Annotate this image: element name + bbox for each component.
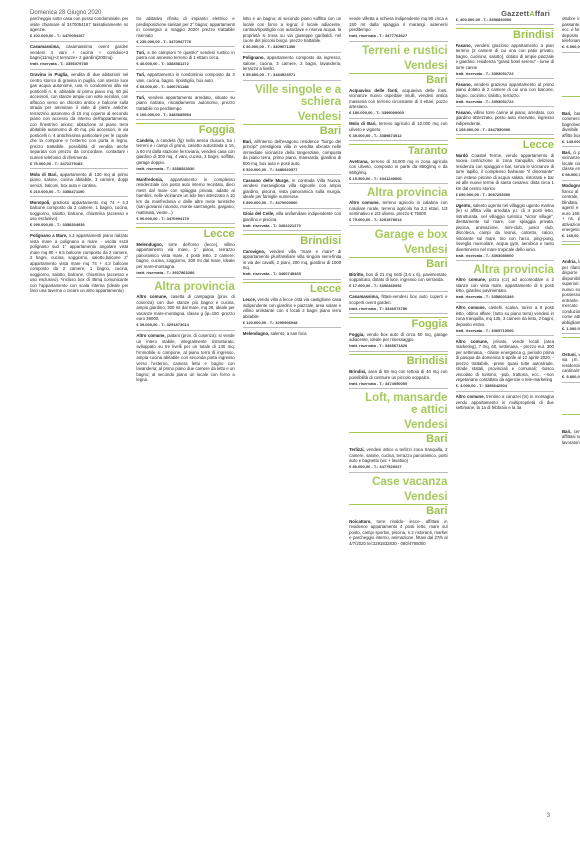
listing-body: a tre campioni "e quattro" vendesi rusti… bbox=[136, 50, 234, 61]
listing-price-phone: tratt. riservata - T.: 3402221270 bbox=[243, 222, 341, 231]
listing-price-phone: tratt. riservata - T.: 3346073780 bbox=[349, 305, 447, 314]
listing-body: vendita di due abitazioni nel centro sto… bbox=[30, 72, 128, 160]
city-heading: Brindisi bbox=[243, 234, 341, 247]
listing-location: Gravina in Puglia, bbox=[30, 72, 69, 77]
listing-location: Mola di Bari, bbox=[30, 172, 58, 177]
listing-text: Casamassima, casamassima ovent garden ve… bbox=[30, 44, 128, 61]
listing-price-phone: €. 400.000,00 - T.: 3356840000 bbox=[456, 16, 554, 25]
section-heading: Appartamenti bbox=[562, 386, 580, 398]
section-heading: Altra provincia bbox=[136, 281, 234, 293]
listing-text: Terlizzi, vendesi attico a terlizzi zona… bbox=[349, 447, 447, 464]
listing-text: Turi, vendesi appartamento arredato, sit… bbox=[136, 95, 234, 112]
classifieds-columns: parcheggio sotto casa con posso condomin… bbox=[30, 16, 552, 816]
listing-body: privato, vende locali (area marketing), … bbox=[456, 339, 554, 383]
listing-price-phone: tratt. riservata - T.: 3393051722 bbox=[456, 98, 554, 107]
listing-body: parcheggio sotto casa con posso condomin… bbox=[30, 16, 128, 32]
listing-price-phone: € 39.000,00 - T.: 3291873014 bbox=[136, 322, 234, 331]
listing: Gioia del Colle, villa unifamiliare indi… bbox=[243, 211, 341, 231]
listing-location: Fasano, bbox=[456, 43, 472, 48]
column-3: lotto e un bagno; al secondo piano soffi… bbox=[243, 16, 341, 816]
listing-price-phone: tratt. riservata - T.: 3358523030 bbox=[136, 165, 234, 174]
listing: Nardò Coastal Terme, vendo appartamento … bbox=[456, 153, 554, 201]
section-heading: Altra provincia bbox=[349, 187, 447, 199]
listing-location: Ostuni, bbox=[562, 352, 577, 357]
listing-price-phone: € 690.000,00 - T.: 3087253000 bbox=[456, 191, 554, 200]
listing-location: Mola di Bari, bbox=[349, 121, 376, 126]
listing-text: Fasano, vendesi grazioso appartamento al… bbox=[456, 82, 554, 99]
listing: Casamassima, casamassima ovent garden ve… bbox=[30, 44, 128, 70]
section-heading: Terreni e rustici bbox=[349, 45, 447, 57]
listing: Ugento, salento ugento nel villaggio uge… bbox=[456, 203, 554, 262]
section-title: Vendesi bbox=[349, 244, 447, 256]
listing-text: Altro comune, pizzo (cz) ad accomodare a… bbox=[456, 277, 554, 294]
city-heading: Foggia bbox=[136, 123, 234, 136]
listing-location: Altro comune, bbox=[136, 333, 165, 338]
listing-body: salento ugento nel villaggio ugento mari… bbox=[456, 203, 554, 252]
listing-body: salento, a san foca bbox=[269, 331, 306, 336]
section-title-line2: commerciali bbox=[562, 68, 580, 80]
listing: Ostuni, vendesi stalla sito nel comune d… bbox=[562, 352, 580, 383]
listing-text: Avetrana, terreno di 16.000 mq in zona a… bbox=[349, 159, 447, 176]
listing-location: Monopoli, bbox=[30, 200, 50, 205]
section-title: Vendesi bbox=[349, 491, 447, 503]
listing-location: Melendugno, bbox=[136, 242, 163, 247]
listing-location: Bitritto, bbox=[349, 272, 364, 277]
listing-price-phone: € 890.000,00 - T.: 3470000000 bbox=[243, 200, 341, 209]
listing-location: Brindisi, bbox=[349, 369, 366, 374]
listing-price-phone: € 55.800,00 - T.: 3484523571 bbox=[243, 72, 341, 81]
listing-text: Gioia del Colle, villa unifamiliare indi… bbox=[243, 211, 341, 222]
listing-text: Polignano a Mare, n.2 appartamenti piano… bbox=[30, 233, 128, 294]
listing-text: Altro comune, castelli, scalea, torino a… bbox=[456, 305, 554, 327]
section-heading: Vendesi bbox=[349, 419, 447, 431]
section-heading: Garage e box bbox=[349, 229, 447, 241]
listing: Fasano, vendesi grazioso appartamento a … bbox=[456, 43, 554, 80]
listing: Fasano, vendesi grazioso appartamento al… bbox=[456, 82, 554, 108]
listing-text: Bari, all'interno dell'esagono residence… bbox=[243, 139, 341, 167]
listing-price-phone: € 100.000,00 - T.: 3483685554 bbox=[136, 111, 234, 120]
section-heading: Vendesi bbox=[349, 491, 447, 503]
listing: Altro comune, trentino a canazei (tn) in… bbox=[456, 394, 554, 411]
section-heading: Vendesi bbox=[349, 244, 447, 256]
listing-body: appartamento in condominio composto da 3… bbox=[136, 72, 234, 83]
listing: ottobre in arreggio, corredato di tv col… bbox=[562, 16, 580, 53]
listing-text: Altro comune, piatani (prov. di cosenza)… bbox=[136, 333, 234, 383]
listing-location: Fasano, bbox=[456, 110, 472, 115]
section-title: Terreni e rustici bbox=[349, 45, 447, 57]
listing: Turi, appartamento in condominio compost… bbox=[136, 72, 234, 92]
city-heading: Lecce bbox=[136, 227, 234, 240]
section-heading: Loft, mansardee attici bbox=[349, 392, 447, 416]
listing-location: Altro comune, bbox=[456, 339, 489, 344]
listing-price-phone: € 120.000,00 - T.: 3290906948 bbox=[243, 319, 341, 328]
listing-location: Altro comune, bbox=[349, 200, 379, 205]
listing: Turi, a tre campioni "e quattro" vendesi… bbox=[136, 50, 234, 70]
section-title: Affitasi bbox=[562, 401, 580, 413]
listing-location: Andria, bbox=[562, 259, 577, 264]
listing: Avetrana, terreno di 16.000 mq in zona a… bbox=[349, 159, 447, 185]
listing-text: Ugento, salento ugento nel villaggio uge… bbox=[456, 203, 554, 253]
listing: Altro comune, castelli, scalea, torino a… bbox=[456, 305, 554, 336]
listing-price-phone: € 90.000,00 - T.: 3470994179 bbox=[136, 215, 234, 224]
section-heading: Case vacanza bbox=[349, 476, 447, 488]
section-heading: Altra provincia bbox=[456, 264, 554, 276]
listing-body: vendesi attico a terlizzi zona tranquill… bbox=[349, 447, 447, 463]
section-title: Vendesi bbox=[562, 83, 580, 95]
city-heading: Bari bbox=[349, 73, 447, 86]
listing-body: lotto e un bagno; al secondo piano soffi… bbox=[243, 16, 341, 43]
column-5: €. 400.000,00 - T.: 3356840000BrindisiFa… bbox=[456, 16, 554, 816]
section-title: Ville singole e a bbox=[243, 84, 341, 96]
listing: Terlizzi, vendesi attico a terlizzi zona… bbox=[349, 447, 447, 473]
section-heading: Affitasi bbox=[562, 401, 580, 413]
listing: Bari, ci propone in vendita un trevenzo,… bbox=[562, 150, 580, 181]
listing-text: Turi, appartamento in condominio compost… bbox=[136, 72, 234, 83]
listing-location: Bari, bbox=[562, 429, 572, 434]
listing-price-phone: € 80.000,00 - T.: 3477520027 bbox=[349, 464, 447, 473]
listing-price-phone: € 75.000,00 - T.: 3291578014 bbox=[349, 217, 447, 226]
section-title: Altra provincia bbox=[136, 281, 234, 293]
listing: Altro comune, casetta di campagna (prov.… bbox=[136, 294, 234, 331]
listing-text: Carovigno, vendesi villa "mare e mare" d… bbox=[243, 249, 341, 271]
listing-location: Foggia, bbox=[349, 332, 364, 337]
listing: Fasano, villino torre canne al piano, ar… bbox=[456, 110, 554, 136]
listing-price-phone: tratt. riservata - T.: 3365710000 bbox=[456, 327, 554, 336]
listing-price-phone: €. 5.800,00 - T.: 3775041821 bbox=[562, 374, 580, 383]
city-heading: Foggia bbox=[349, 317, 447, 330]
section-title-line2: e attici bbox=[349, 404, 447, 416]
listing-price-phone: tratt. riservata - T.: 3465671820 bbox=[349, 343, 447, 352]
city-heading: Bari bbox=[349, 432, 447, 445]
listing: Foggia, vendo box auto di circa 50 mq, g… bbox=[349, 332, 447, 352]
listing-body: vendesi appartamento arredato, situato s… bbox=[136, 95, 234, 111]
listing: Andria, la società i. m. c. s. r. l. cer… bbox=[562, 259, 580, 334]
listing: Melendugno, torre dell'orso (lecce), vil… bbox=[136, 242, 234, 279]
listing: Noicattaro, torre rinaldo- lecce- affitt… bbox=[349, 519, 447, 547]
listing-text: Noicattaro, torre rinaldo- lecce- affitt… bbox=[349, 519, 447, 547]
listing-text: Fasano, vendesi grazioso appartamento a … bbox=[456, 43, 554, 71]
listing-price-phone: €. 140.000,00 - T.: 3358610844 bbox=[562, 138, 580, 147]
section-heading: Vendesi bbox=[349, 60, 447, 72]
listing: parcheggio sotto casa con posso condomin… bbox=[30, 16, 128, 42]
listing-location: Polignano a Mare, bbox=[30, 233, 67, 238]
listing-location: Nardò bbox=[456, 153, 468, 158]
listing-text: Gravina in Puglia, vendita di due abitaz… bbox=[30, 72, 128, 160]
listing-text: Bari, bari via abate gimma 316 vendesi l… bbox=[562, 111, 580, 139]
listing-body: la società i. m. c. s. r. l. cerca nuovo… bbox=[562, 259, 580, 325]
listing-text: Altro comune, casetta di campagna (prov.… bbox=[136, 294, 234, 322]
listing-location: Terlizzi, bbox=[349, 447, 364, 452]
city-heading: Bari bbox=[562, 414, 580, 427]
column-2: tro abitativo rifinito di impianto elett… bbox=[136, 16, 234, 816]
listing-price-phone: tratt. riservata - T.: 3393051722 bbox=[456, 70, 554, 79]
listing: Monopoli, grazioso appartamento mq 74 + … bbox=[30, 200, 128, 231]
listing-price-phone: € 210.000,00 - T.: 3358471190 bbox=[30, 188, 128, 197]
listing-body: modugno, zona piscina viale piscine di f… bbox=[562, 183, 580, 232]
listing-location: Altro comune, bbox=[456, 277, 487, 282]
city-heading: Brindisi bbox=[349, 354, 447, 367]
listing-text: Manfredonia, appartamento in complesso r… bbox=[136, 177, 234, 216]
listing-text: Melendugno, salento, a san foca bbox=[243, 331, 341, 337]
listing-text: Foggia, vendo box auto di circa 50 mq, g… bbox=[349, 332, 447, 343]
listing-location: Modugno, bbox=[562, 183, 580, 188]
city-heading: Bari bbox=[349, 257, 447, 270]
listing-body: piatani (prov. di cosenza): si vende un … bbox=[136, 333, 234, 382]
listing-body: appartamento in complesso residenziale c… bbox=[136, 177, 234, 215]
listing-price-phone: € 75.000,00 - T.: 3472279183 bbox=[30, 160, 128, 169]
listing: Mola di Bari, appartamento di 130 mq al … bbox=[30, 172, 128, 198]
city-heading: Bari bbox=[349, 504, 447, 517]
city-heading: Brindisi bbox=[456, 28, 554, 41]
listing-location: Casamassima, bbox=[30, 44, 60, 49]
listing-text: Altro comune, privato, vende locali (are… bbox=[456, 339, 554, 383]
page-number: 3 bbox=[547, 813, 550, 819]
listing-text: Andria, la società i. m. c. s. r. l. cer… bbox=[562, 259, 580, 325]
listing: Carovigno, vendesi villa "mare e mare" d… bbox=[243, 249, 341, 280]
listing: lotto e un bagno; al secondo piano soffi… bbox=[243, 16, 341, 53]
listing-text: Altro comune, terreno agricolo in calabr… bbox=[349, 200, 447, 217]
listing: Bari, all'interno dell'esagono residence… bbox=[243, 139, 341, 176]
city-heading: Lecce bbox=[456, 138, 554, 151]
listing-body: all'interno dell'esagono residence "borg… bbox=[243, 139, 341, 166]
listing: Altro comune, terreno agricolo in calabr… bbox=[349, 200, 447, 226]
listing-location: Noicattaro, bbox=[349, 519, 371, 524]
listing: Lecce, vendo villa a lecce città via cas… bbox=[243, 297, 341, 328]
city-heading: Lecce bbox=[243, 282, 341, 295]
listing-text: Candela, a candela (fg) nella antica clu… bbox=[136, 138, 234, 166]
section-title: Loft, mansarde bbox=[349, 392, 447, 404]
listing-price-phone: tratt. riservata - T.: 3477763627 bbox=[349, 33, 447, 42]
listing-location: Ugento, bbox=[456, 203, 472, 208]
listing-price-phone: €. 160,00 - T.: 3394551187 bbox=[562, 233, 580, 242]
listing-location: Carovigno, bbox=[243, 249, 265, 254]
listing-location: Casamassima, bbox=[349, 294, 379, 299]
listing-location: Fasano, bbox=[456, 82, 472, 87]
column-4: vende villetta a schiera indipendente mq… bbox=[349, 16, 447, 816]
listing-text: lotto e un bagno; al secondo piano soffi… bbox=[243, 16, 341, 44]
listing-price-phone: € 40.000,00 - T.: 3383581272 bbox=[136, 61, 234, 70]
listing: Modugno, modugno, zona piscina viale pis… bbox=[562, 183, 580, 242]
listing-location: Altro comune, bbox=[136, 294, 167, 299]
listing: Polignano, appartamento composto da ingr… bbox=[243, 55, 341, 81]
listing-price-phone: tratt. riservata - T.: 3460745465 bbox=[243, 271, 341, 280]
listing-price-phone: € 17.000,00 - T.: 3396460092 bbox=[349, 283, 447, 292]
listing-body: vendo villa a lecce città via castiglion… bbox=[243, 297, 341, 319]
listing-location: Polignano, bbox=[243, 55, 265, 60]
listing: Polignano a Mare, n.2 appartamenti piano… bbox=[30, 233, 128, 294]
listing: Altro comune, piatani (prov. di cosenza)… bbox=[136, 333, 234, 383]
listing: Mola di Bari, terreno agricolo di 10.000… bbox=[349, 121, 447, 141]
listing-price-phone: tratt. riservata - T.: 3474090000 bbox=[349, 380, 447, 389]
section-heading: Uffici e localicommerciali bbox=[562, 56, 580, 80]
listing-price-phone: € 98.000,00 - T.: 3356730000 bbox=[562, 172, 580, 181]
listing: Altro comune, privato, vende locali (are… bbox=[456, 339, 554, 392]
listing-price-phone: € 102.000,00 - T.: 3470054167 bbox=[30, 33, 128, 42]
listing-text: Casamassima, fittasi-vendesi box auto co… bbox=[349, 294, 447, 305]
listing: tro abitativo rifinito di impianto elett… bbox=[136, 16, 234, 47]
listing-text: Bitritto, box di 21 mq netti (3,6 x 6), … bbox=[349, 272, 447, 283]
listing-location: Altro comune, bbox=[456, 394, 485, 399]
listing-text: Polignano, appartamento composto da ingr… bbox=[243, 55, 341, 72]
city-heading: Taranto bbox=[349, 144, 447, 157]
section-title: Case vacanza bbox=[349, 476, 447, 488]
listing-price-phone: tratt. riservata - T.: 3393080000 bbox=[456, 252, 554, 261]
listing-text: Melendugno, torre dell'orso (lecce), vil… bbox=[136, 242, 234, 270]
listing-text: Bari, ci propone in vendita un trevenzo,… bbox=[562, 150, 580, 172]
listing-price-phone: € 35.000,00 - T.: 3389874512 bbox=[349, 132, 447, 141]
listing-price-phone: € 105.000,00 - T.: 3347550000 bbox=[456, 126, 554, 135]
listing-body: vende villetta a schiera indipendente mq… bbox=[349, 16, 447, 32]
section-title: Uffici e locali bbox=[562, 56, 580, 68]
listing-body: box di 21 mq netti (3,6 x 6), pavimentat… bbox=[349, 272, 447, 283]
listing-text: parcheggio sotto casa con posso condomin… bbox=[30, 16, 128, 33]
listing-body: n.2 appartamenti piano rialzato vista ma… bbox=[30, 233, 128, 293]
listing-text: Altro comune, trentino a canazei (tn) in… bbox=[456, 394, 554, 411]
listing: Manfredonia, appartamento in complesso r… bbox=[136, 177, 234, 225]
listing-price-phone: € 520.000,00 - T.: 3486920977 bbox=[243, 166, 341, 175]
section-title: Altra provincia bbox=[456, 264, 554, 276]
listing-location: Bari, bbox=[243, 139, 253, 144]
listing-price-phone: € 290.000,00 - T.: 3358304936 bbox=[30, 222, 128, 231]
listing-text: Bari, centralissimo monovano arredato fi… bbox=[562, 429, 580, 446]
city-heading: Brindisi bbox=[562, 337, 580, 350]
listing: vende villetta a schiera indipendente mq… bbox=[349, 16, 447, 42]
listing-price-phone: € 15.500,00 - T.: 3341240000 bbox=[349, 175, 447, 184]
listing-text: Cassano delle Murge, in contrada Villa N… bbox=[243, 178, 341, 200]
listing-location: Avetrana, bbox=[349, 159, 368, 164]
city-heading: Bari bbox=[243, 124, 341, 137]
listing-text: Turi, a tre campioni "e quattro" vendesi… bbox=[136, 50, 234, 61]
listing-text: Acquaviva delle fonti, acquaviva delle f… bbox=[349, 88, 447, 110]
listing-body: tro abitativo rifinito di impianto elett… bbox=[136, 16, 234, 38]
listing: Brindisi, area di 65 mq con tettoia di 4… bbox=[349, 369, 447, 389]
listing: Acquaviva delle fonti, acquaviva delle f… bbox=[349, 88, 447, 119]
listing-location: Lecce, bbox=[243, 297, 256, 302]
section-title: Vendesi bbox=[243, 111, 341, 123]
listing-body: Coastal Terme, vendo appartamento di nuo… bbox=[456, 153, 554, 191]
section-heading: Ville singole e aschiera bbox=[243, 84, 341, 108]
listing-text: ottobre in arreggio, corredato di tv col… bbox=[562, 16, 580, 44]
section-heading: Vendesi bbox=[243, 111, 341, 123]
listing-price-phone: tratt. riservata - T.: 3358001349 bbox=[456, 294, 554, 303]
listing-text: Lecce, vendo villa a lecce città via cas… bbox=[243, 297, 341, 319]
listing-location: Bari, bbox=[562, 111, 572, 116]
listing: Bitritto, box di 21 mq netti (3,6 x 6), … bbox=[349, 272, 447, 292]
listing-price-phone: € 65.000,00 - T.: 3400761188 bbox=[136, 83, 234, 92]
listing-location: Manfredonia, bbox=[136, 177, 163, 182]
listing-text: tro abitativo rifinito di impianto elett… bbox=[136, 16, 234, 38]
listing-text: vende villetta a schiera indipendente mq… bbox=[349, 16, 447, 33]
listing-price-phone: tratt. riservata - T.: 3937863286 bbox=[136, 269, 234, 278]
listing-body: ottobre in arreggio, corredato di tv col… bbox=[562, 16, 580, 43]
listing-text: Mola di Bari, terreno agricolo di 10.000… bbox=[349, 121, 447, 132]
listing-text: Fasano, villino torre canne al piano, ar… bbox=[456, 110, 554, 127]
listing-price-phone: € 180.000,00 - T.: 3399000000 bbox=[349, 110, 447, 119]
listing-location: Bari, bbox=[562, 150, 572, 155]
listing-price-phone: €. 1.000.000,00 - T.: 3479930000 bbox=[562, 325, 580, 334]
listing: Cassano delle Murge, in contrada Villa N… bbox=[243, 178, 341, 209]
listing-location: Altro comune, bbox=[456, 305, 486, 310]
listing-body: vendo box auto di circa 50 mq, garage ad… bbox=[349, 332, 447, 343]
column-6: ottobre in arreggio, corredato di tv col… bbox=[562, 16, 580, 816]
listing: Altro comune, pizzo (cz) ad accomodare a… bbox=[456, 277, 554, 303]
listing-location: Cassano delle Murge, bbox=[243, 178, 290, 183]
listing-price-phone: €. 4.000,00 - T.: 3395642504 bbox=[456, 383, 554, 392]
section-title-line2: schiera bbox=[243, 96, 341, 108]
section-title: Garage e box bbox=[349, 229, 447, 241]
listing-price-phone: €. 6.000,00 - T.: 3209792667 bbox=[562, 44, 580, 53]
listing: Casamassima, fittasi-vendesi box auto co… bbox=[349, 294, 447, 314]
listing: Gravina in Puglia, vendita di due abitaz… bbox=[30, 72, 128, 169]
listing-price-phone: tratt. riservata - T.: 3356079780 bbox=[30, 61, 128, 70]
city-heading: Bari bbox=[562, 96, 580, 109]
listing-text: Ostuni, vendesi stalla sito nel comune d… bbox=[562, 352, 580, 374]
listing: Melendugno, salento, a san foca bbox=[243, 331, 341, 337]
listing-text: Modugno, modugno, zona piscina viale pis… bbox=[562, 183, 580, 233]
listing-text: Monopoli, grazioso appartamento mq 74 + … bbox=[30, 200, 128, 222]
section-title: Appartamenti bbox=[562, 386, 580, 398]
listing-location: Gioia del Colle, bbox=[243, 211, 275, 216]
listing: Candela, a candela (fg) nella antica clu… bbox=[136, 138, 234, 175]
section-title: Vendesi bbox=[349, 419, 447, 431]
column-1: parcheggio sotto casa con posso condomin… bbox=[30, 16, 128, 816]
section-title: Altra provincia bbox=[349, 187, 447, 199]
listing-location: Acquaviva delle fonti, bbox=[349, 88, 398, 93]
listing: Bari, bari via abate gimma 316 vendesi l… bbox=[562, 111, 580, 148]
listing-price-phone: € 230.000,00 - T.: 3470947776 bbox=[136, 38, 234, 47]
listing-price-phone: € 50.000,00 - T.: 3409071450 bbox=[243, 44, 341, 53]
listing-text: Brindisi, area di 65 mq con tettoia di 4… bbox=[349, 369, 447, 380]
listing-text: Nardò Coastal Terme, vendo appartamento … bbox=[456, 153, 554, 192]
listing: €. 400.000,00 - T.: 3356840000 bbox=[456, 16, 554, 25]
section-title: Vendesi bbox=[349, 60, 447, 72]
section-heading: Vendesi bbox=[562, 83, 580, 95]
listing: Bari, centralissimo monovano arredato fi… bbox=[562, 429, 580, 446]
listing-location: Candela, bbox=[136, 138, 154, 143]
listing-text: Mola di Bari, appartamento di 130 mq al … bbox=[30, 172, 128, 189]
listing-location: Melendugno, bbox=[243, 331, 270, 336]
listing: Turi, vendesi appartamento arredato, sit… bbox=[136, 95, 234, 121]
city-heading: BAT bbox=[562, 244, 580, 257]
